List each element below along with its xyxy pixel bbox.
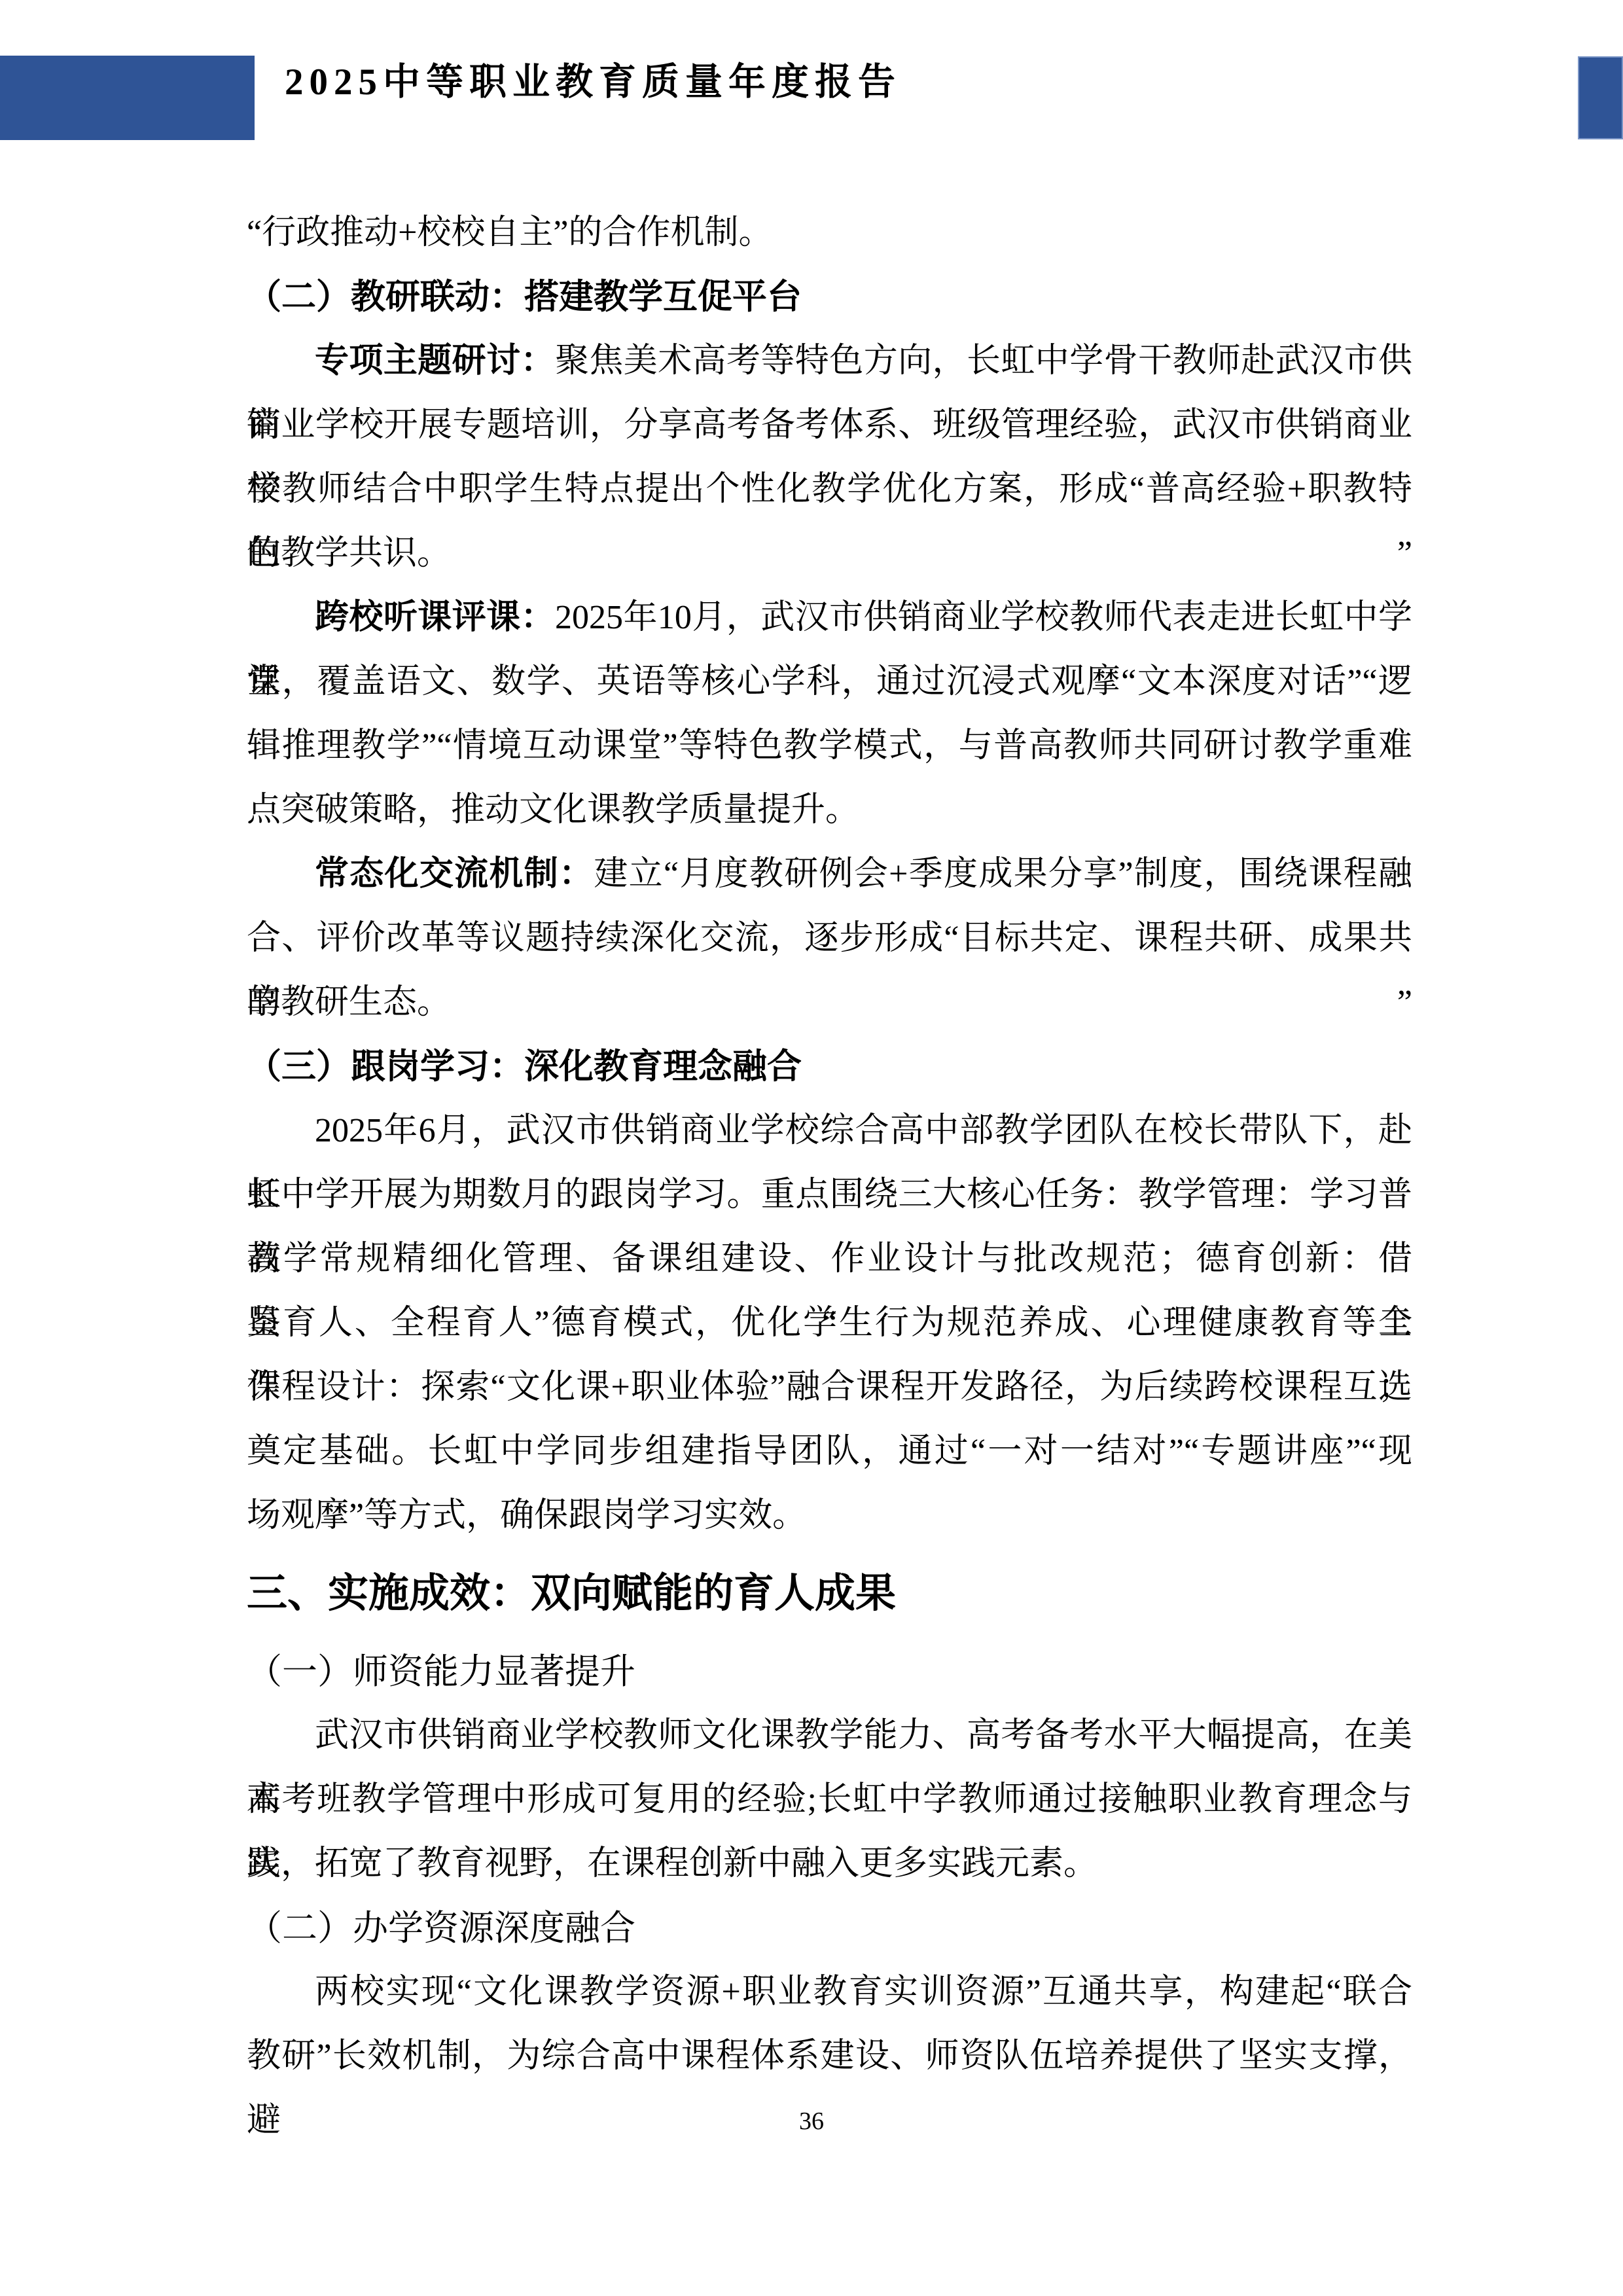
section-heading: （三）跟岗学习：深化教育理念融合 [247,1035,1412,1099]
text-line: 商业学校开展专题培训，分享高考备考体系、班级管理经验，武汉市供销商业学 [247,393,1412,457]
line-text: 建立“月度教研例会+季度成果分享”制度，围绕课程融 [594,855,1412,893]
text-line: 跨校听课评课：2025年10月，武汉市供销商业学校教师代表走进长虹中学课 [247,586,1412,650]
text-line: 2025年6月，武汉市供销商业学校综合高中部教学团队在校长带队下，赴长 [247,1099,1412,1163]
bold-lead: 常态化交流机制： [315,855,594,893]
text-line: 两校实现“文化课教学资源+职业教育实训资源”互通共享，构建起“联合 [247,1960,1412,2024]
text-line: 高考班教学管理中形成可复用的经验;长虹中学教师通过接触职业教育理念与实 [247,1768,1412,1832]
text-line: 教学常规精细化管理、备课组建设、作业设计与批改规范；德育创新：借鉴“全 [247,1227,1412,1291]
text-line: 践，拓宽了教育视野，在课程创新中融入更多实践元素。 [247,1832,1412,1896]
header-accent-bar-right [1578,56,1623,139]
document-body: “行政推动+校校自主”的合作机制。 （二）教研联动：搭建教学互促平台 专项主题研… [247,201,1412,2089]
text-line: “行政推动+校校自主”的合作机制。 [247,201,1412,265]
subsection-heading: （二）办学资源深度融合 [247,1896,1412,1960]
text-line: 奠定基础。长虹中学同步组建指导团队，通过“一对一结对”“专题讲座”“现 [247,1420,1412,1484]
subsection-heading: （一）师资能力显著提升 [247,1640,1412,1704]
text-line: 常态化交流机制：建立“月度教研例会+季度成果分享”制度，围绕课程融 [247,842,1412,906]
text-line: 课程设计：探索“文化课+职业体验”融合课程开发路径，为后续跨校课程互选 [247,1355,1412,1420]
text-line: 合、评价改革等议题持续深化交流，逐步形成“目标共定、课程共研、成果共享” [247,906,1412,971]
header-accent-bar-left [0,56,255,140]
text-line: 武汉市供销商业学校教师文化课教学能力、高考备考水平大幅提高，在美术 [247,1704,1412,1768]
text-line: 堂，覆盖语文、数学、英语等核心学科，通过沉浸式观摩“文本深度对话”“逻 [247,650,1412,714]
text-line: 专项主题研讨：聚焦美术高考等特色方向，长虹中学骨干教师赴武汉市供销 [247,329,1412,393]
text-line: 员育人、全程育人”德育模式，优化学生行为规范养成、心理健康教育等工作； [247,1291,1412,1355]
text-line: 场观摩”等方式，确保跟岗学习实效。 [247,1484,1412,1548]
bold-lead: 跨校听课评课： [315,599,555,636]
section-heading: （二）教研联动：搭建教学互促平台 [247,265,1412,329]
text-line: 虹中学开展为期数月的跟岗学习。重点围绕三大核心任务：教学管理：学习普高 [247,1163,1412,1227]
text-line: 辑推理教学”“情境互动课堂”等特色教学模式，与普高教师共同研讨教学重难 [247,714,1412,778]
chapter-heading: 三、实施成效：双向赋能的育人成果 [247,1548,1412,1640]
page-number: 36 [0,2106,1623,2136]
text-line: 教研”长效机制，为综合高中课程体系建设、师资队伍培养提供了坚实支撑，避 [247,2024,1412,2089]
text-line: 点突破策略，推动文化课教学质量提升。 [247,778,1412,842]
text-line: 校教师结合中职学生特点提出个性化教学优化方案，形成“普高经验+职教特色” [247,457,1412,522]
report-page: 2025中等职业教育质量年度报告 “行政推动+校校自主”的合作机制。 （二）教研… [0,0,1623,2296]
report-header-title: 2025中等职业教育质量年度报告 [285,63,901,101]
bold-lead: 专项主题研讨： [315,342,555,380]
